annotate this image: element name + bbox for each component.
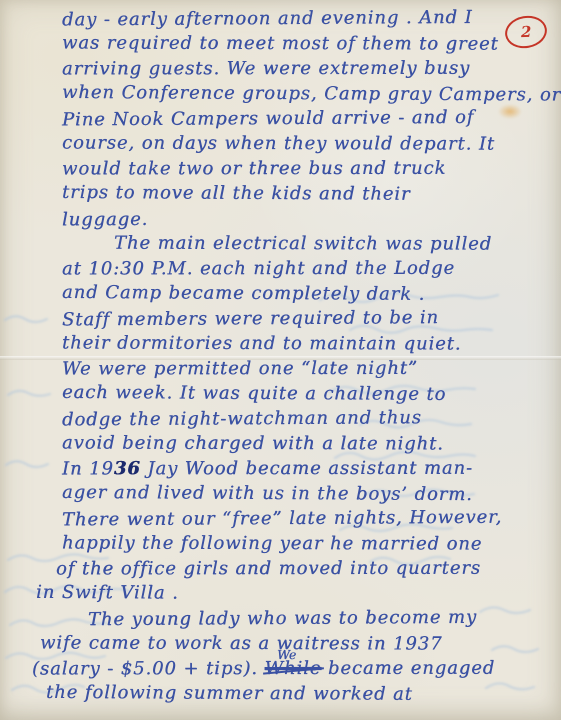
handwriting-segment: ager and lived with us in the boys’ dorm… xyxy=(62,482,473,505)
handwriting-segment: Pine Nook Campers would arrive - and of xyxy=(62,107,474,131)
handwriting-segment: when Conference groups, Camp gray Camper… xyxy=(62,82,561,106)
handwriting-segment: would take two or three bus and truck xyxy=(62,158,446,180)
handwriting-line: and Camp became completely dark . xyxy=(0,282,561,310)
handwriting-line: their dormitories and to maintain quiet. xyxy=(0,332,561,358)
handwriting-line: happily the following year he married on… xyxy=(0,532,561,558)
handwriting-line: was required to meet most of them to gre… xyxy=(0,32,561,58)
handwriting-segment: Jay Wood became assistant man- xyxy=(141,458,473,480)
handwriting-line: the following summer and worked at xyxy=(0,681,561,709)
handwriting-segment: avoid being charged with a late night. xyxy=(62,432,444,454)
handwriting-segment: and Camp became completely dark . xyxy=(62,282,425,305)
handwriting-line: would take two or three bus and truck xyxy=(0,158,561,184)
handwriting-insertion: We xyxy=(277,647,296,662)
handwriting-line: The main electrical switch was pulled xyxy=(0,232,561,258)
handwriting-segment: day - early afternoon and evening . And … xyxy=(62,7,473,31)
handwriting-segment: each week. It was quite a challenge to xyxy=(62,382,446,405)
handwriting-line: There went our “free” late nights, Howev… xyxy=(0,506,561,534)
handwriting-lines: day - early afternoon and evening . And … xyxy=(0,8,561,708)
handwriting-line: (salary - $5.00 + tips). WhileWe became … xyxy=(0,657,561,683)
handwriting-segment: In 19 xyxy=(62,458,114,479)
handwriting-segment: was required to meet most of them to gre… xyxy=(62,32,499,54)
handwriting-line: when Conference groups, Camp gray Camper… xyxy=(0,82,561,110)
handwriting-line: Pine Nook Campers would arrive - and of xyxy=(0,106,561,134)
handwriting-segment: luggage. xyxy=(62,209,148,231)
handwriting-line: luggage. xyxy=(0,206,561,234)
handwriting-line: each week. It was quite a challenge to xyxy=(0,382,561,410)
handwriting-segment: (salary - $5.00 + tips). xyxy=(32,658,265,679)
handwriting-segment: dodge the night-watchman and thus xyxy=(62,407,422,430)
handwriting-segment: happily the following year he married on… xyxy=(62,532,482,554)
handwriting-segment: course, on days when they would depart. … xyxy=(62,132,495,154)
handwriting-line: course, on days when they would depart. … xyxy=(0,132,561,158)
handwriting-line: at 10:30 P.M. each night and the Lodge xyxy=(0,258,561,284)
handwriting-line: dodge the night-watchman and thus xyxy=(0,406,561,434)
handwriting-line: in Swift Villa . xyxy=(0,581,561,609)
handwriting-segment-overwritten: 36 xyxy=(114,458,141,479)
handwriting-segment-struck: WhileWe xyxy=(265,658,322,679)
handwriting-line: ager and lived with us in the boys’ dorm… xyxy=(0,482,561,510)
handwriting-segment: There went our “free” late nights, Howev… xyxy=(62,507,502,531)
handwriting-line: avoid being charged with a late night. xyxy=(0,432,561,458)
handwriting-segment: of the office girls and moved into quart… xyxy=(56,558,481,580)
handwriting-segment: became engaged xyxy=(321,658,495,679)
handwriting-segment: at 10:30 P.M. each night and the Lodge xyxy=(62,258,455,280)
handwriting-segment: The main electrical switch was pulled xyxy=(114,233,492,255)
handwriting-line: The young lady who was to become my xyxy=(0,606,561,635)
handwriting-segment: the following summer and worked at xyxy=(46,682,413,705)
handwriting-segment: trips to move all the kids and their xyxy=(62,182,411,205)
scanned-paper-page: 2 day - early afternoon and evening . An… xyxy=(0,0,561,720)
handwriting-segment: their dormitories and to maintain quiet. xyxy=(62,332,461,354)
handwriting-line: day - early afternoon and evening . And … xyxy=(0,6,561,34)
handwriting-line: In 1936 Jay Wood became assistant man- xyxy=(0,458,561,484)
handwriting-line: trips to move all the kids and their xyxy=(0,182,561,210)
handwriting-segment: in Swift Villa . xyxy=(36,582,179,604)
handwriting-line: Staff members were required to be in xyxy=(0,306,561,334)
handwriting-line: We were permitted one “late night” xyxy=(0,358,561,384)
handwriting-segment: The young lady who was to become my xyxy=(88,607,477,630)
handwriting-segment: arriving guests. We were extremely busy xyxy=(62,58,470,80)
handwriting-segment: Staff members were required to be in xyxy=(62,307,439,330)
handwriting-segment: We were permitted one “late night” xyxy=(62,358,418,380)
handwriting-line: arriving guests. We were extremely busy xyxy=(0,58,561,84)
handwriting-segment: wife came to work as a waitress in 1937 xyxy=(40,632,442,654)
handwriting-line: of the office girls and moved into quart… xyxy=(0,558,561,584)
